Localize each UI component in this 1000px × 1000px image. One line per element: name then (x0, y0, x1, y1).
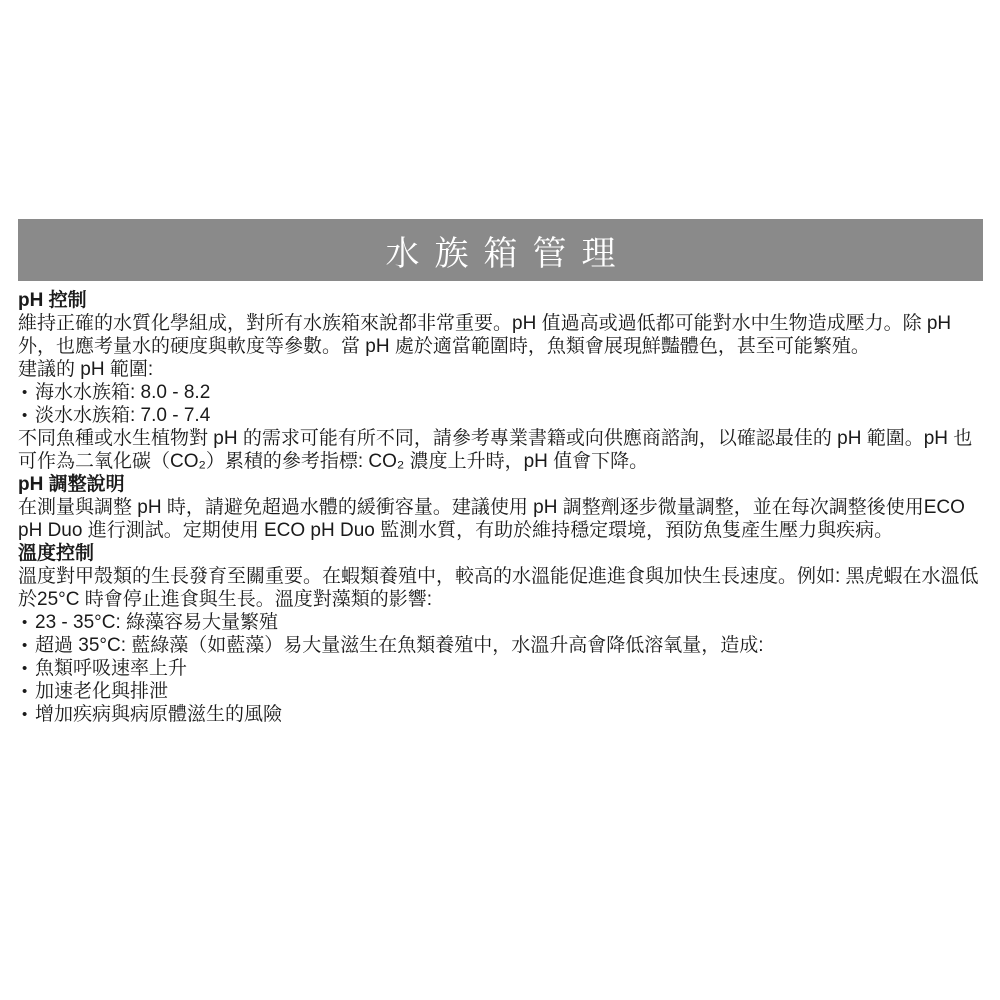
temperature-effects-list: • 23 - 35°C: 綠藻容易大量繁殖 • 超過 35°C: 藍綠藻（如藍藻… (18, 611, 984, 726)
list-item-text: 增加疾病與病原體滋生的風險 (35, 703, 984, 726)
list-item-text: 超過 35°C: 藍綠藻（如藍藻）易大量滋生在魚類養殖中，水溫升高會降低溶氧量，… (35, 634, 984, 657)
heading-ph-control: pH 控制 (18, 289, 984, 312)
list-item-text: 23 - 35°C: 綠藻容易大量繁殖 (35, 611, 984, 634)
list-item-text: 魚類呼吸速率上升 (35, 657, 984, 680)
bullet-icon: • (22, 634, 35, 657)
document-body: pH 控制 維持正確的水質化學組成，對所有水族箱來說都非常重要。pH 值過高或過… (18, 289, 984, 726)
heading-ph-adjustment: pH 調整說明 (18, 473, 984, 496)
paragraph-ph-intro: 維持正確的水質化學組成，對所有水族箱來說都非常重要。pH 值過高或過低都可能對水… (18, 312, 984, 358)
list-item-disease-risk: • 增加疾病與病原體滋生的風險 (18, 703, 984, 726)
bullet-icon: • (22, 404, 35, 427)
list-item-text: 加速老化與排泄 (35, 680, 984, 703)
bullet-icon: • (22, 680, 35, 703)
paragraph-ph-species-needs: 不同魚種或水生植物對 pH 的需求可能有所不同，請參考專業書籍或向供應商諮詢，以… (18, 427, 984, 473)
paragraph-temperature-intro: 溫度對甲殼類的生長發育至關重要。在蝦類養殖中，較高的水溫能促進進食與加快生長速度… (18, 565, 984, 611)
bullet-icon: • (22, 657, 35, 680)
title-banner: 水族箱管理 (18, 219, 983, 281)
list-item-seawater-range: • 海水水族箱: 8.0 - 8.2 (18, 381, 984, 404)
bullet-icon: • (22, 381, 35, 404)
bullet-icon: • (22, 611, 35, 634)
list-item-respiration-rate: • 魚類呼吸速率上升 (18, 657, 984, 680)
page-title: 水族箱管理 (371, 226, 631, 275)
list-item-text: 淡水水族箱: 7.0 - 7.4 (35, 404, 984, 427)
ph-range-list: • 海水水族箱: 8.0 - 8.2 • 淡水水族箱: 7.0 - 7.4 (18, 381, 984, 427)
list-item-aging-excretion: • 加速老化與排泄 (18, 680, 984, 703)
bullet-icon: • (22, 703, 35, 726)
paragraph-ph-adjustment: 在測量與調整 pH 時，請避免超過水體的緩衝容量。建議使用 pH 調整劑逐步微量… (18, 496, 984, 542)
list-item-blue-green-algae: • 超過 35°C: 藍綠藻（如藍藻）易大量滋生在魚類養殖中，水溫升高會降低溶氧… (18, 634, 984, 657)
list-item-text: 海水水族箱: 8.0 - 8.2 (35, 381, 984, 404)
list-item-green-algae: • 23 - 35°C: 綠藻容易大量繁殖 (18, 611, 984, 634)
heading-temperature-control: 溫度控制 (18, 542, 984, 565)
list-item-freshwater-range: • 淡水水族箱: 7.0 - 7.4 (18, 404, 984, 427)
paragraph-ph-range-label: 建議的 pH 範圍: (18, 358, 984, 381)
